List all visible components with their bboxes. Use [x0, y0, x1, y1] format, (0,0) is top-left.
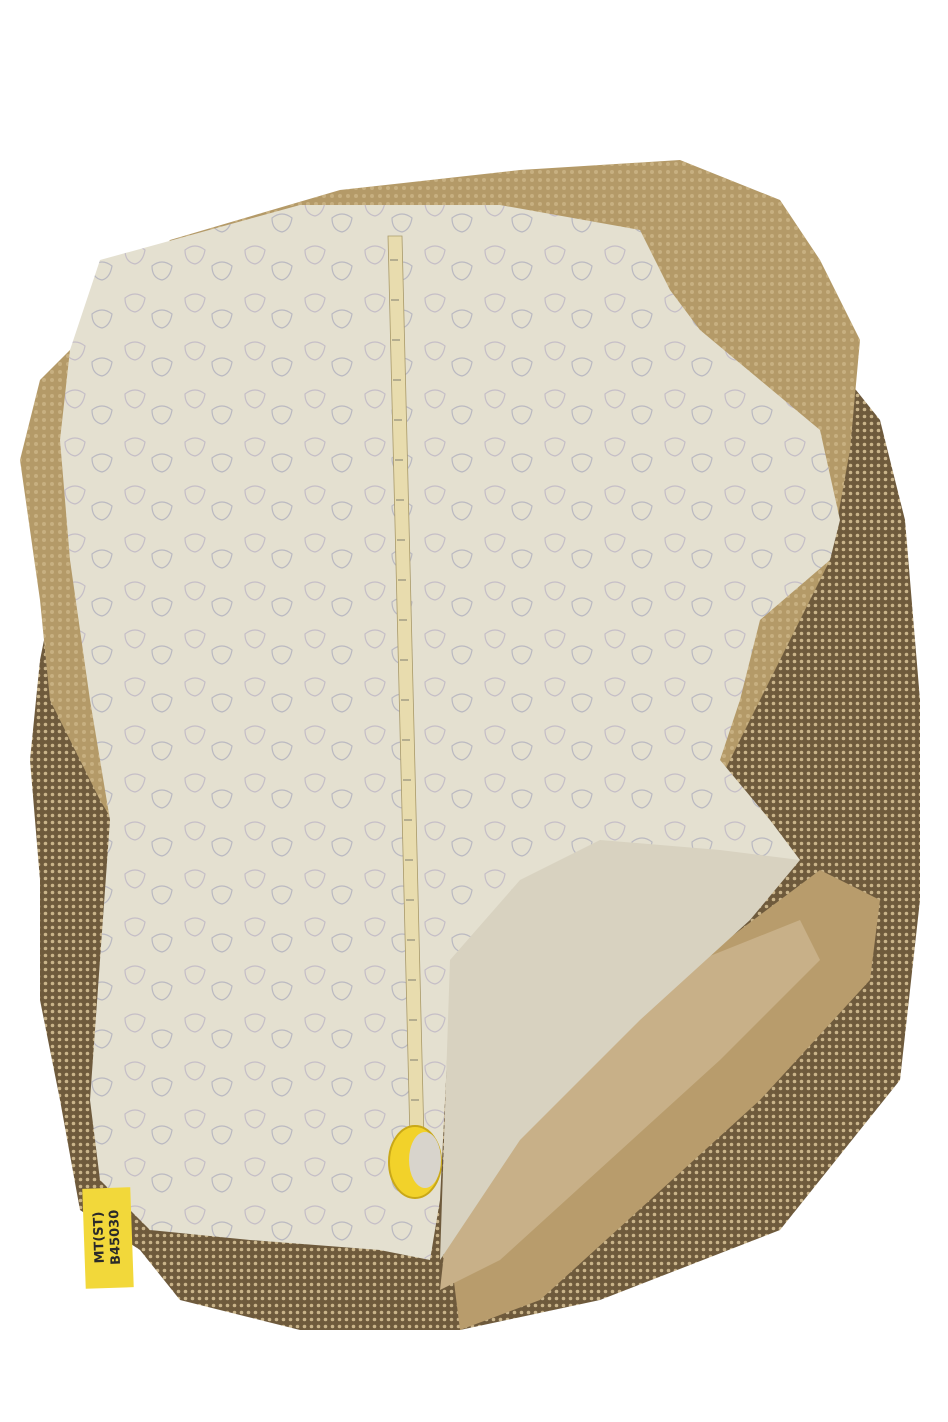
label-line1: MT(ST): [91, 1210, 109, 1266]
leather-photo: MT(ST) B45030: [0, 0, 948, 1422]
inventory-label: MT(ST) B45030: [82, 1187, 133, 1289]
label-line2: B45030: [107, 1210, 125, 1266]
